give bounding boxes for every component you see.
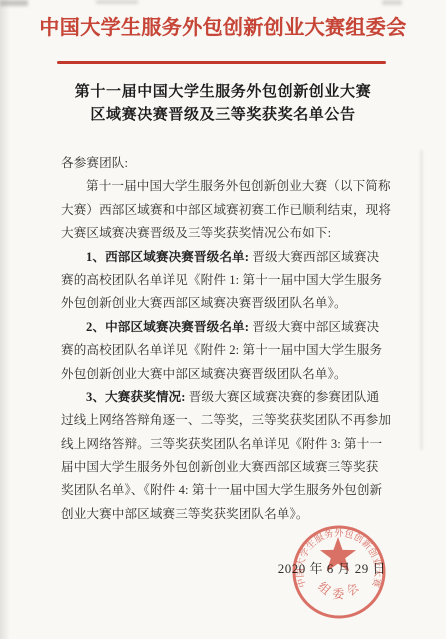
document-body: 各参赛团队: 第十一届中国大学生服务外包创新创业大赛（以下简称 大赛）西部区域赛… [61,152,391,526]
body-line: 第十一届中国大学生服务外包创新创业大赛（以下简称 [61,175,391,198]
body-line: 3、大赛获奖情况: 晋级大赛区域赛决赛的参赛团队通 [61,386,391,409]
body-line: 外包创新创业大赛西部区域赛决赛晋级团队名单》。 [61,292,391,315]
body-line: 届中国大学生服务外包创新创业大赛西部区域赛三等奖获 [61,456,391,479]
body-line: 2、中部区域赛决赛晋级名单: 晋级大赛中部区域赛决 [61,316,391,339]
scan-artifact [0,0,28,6]
official-seal: 中国大学生服务外包创新创业大赛 组 委 会 [289,522,389,622]
scan-artifact [382,0,402,5]
scan-artifact [96,0,138,4]
scan-artifact [420,150,423,450]
organization-header: 中国大学生服务外包创新创业大赛组委会 [0,11,446,40]
document-title: 第十一届中国大学生服务外包创新创业大赛 区域赛决赛晋级及三等奖获奖名单公告 [0,81,446,127]
body-line: 各参赛团队: [61,152,391,175]
body-line: 赛的高校团队名单详见《附件 1: 第十一届中国大学生服务 [61,269,391,292]
body-line: 奖团队名单》、《附件 4: 第十一届中国大学生服务外包创新 [61,479,391,502]
body-line: 大赛区域赛决赛晋级及三等奖获奖情况公布如下: [61,222,391,245]
document-title-line2: 区域赛决赛晋级及三等奖获奖名单公告 [0,104,446,127]
body-line: 线上网络答辩。三等奖获奖团队名单详见《附件 3: 第十一 [61,433,391,456]
body-line: 过线上网络答辩角逐一、二等奖，三等奖获奖团队不再参加 [61,409,391,432]
scanned-announcement-page: 中国大学生服务外包创新创业大赛组委会 第十一届中国大学生服务外包创新创业大赛 区… [0,0,446,639]
header-divider-rule [57,61,386,64]
body-line: 赛的高校团队名单详见《附件 2: 第十一届中国大学生服务 [61,339,391,362]
seal-star-icon [320,537,356,571]
body-line: 大赛）西部区域赛和中部区域赛初赛工作已顺利结束，现将 [61,199,391,222]
body-line: 1、西部区域赛决赛晋级名单: 晋级大赛西部区域赛决 [61,246,391,269]
document-title-line1: 第十一届中国大学生服务外包创新创业大赛 [0,81,446,104]
seal-bottom-text: 组 委 会 [315,579,363,601]
body-line: 外包创新创业大赛中部区域赛决赛晋级团队名单》。 [61,363,391,386]
